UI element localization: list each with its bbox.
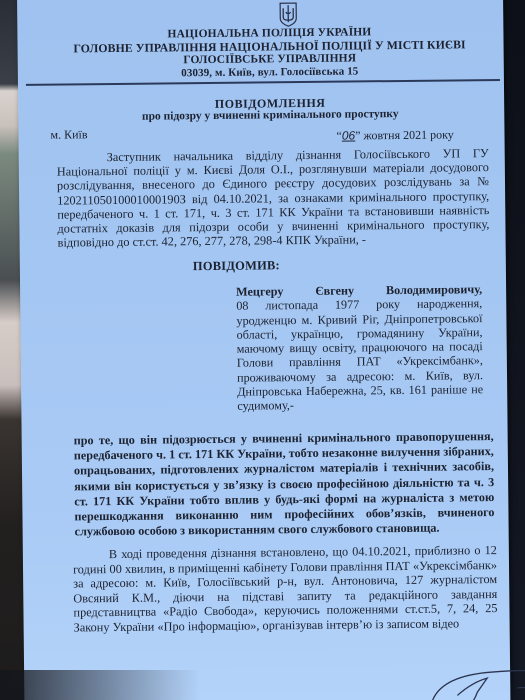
- paragraph-suspicion: про те, що він підозрюється у вчиненні к…: [74, 429, 495, 540]
- suspect-block: Мецгеру Євгену Володимировичу, 08 листоп…: [236, 282, 483, 413]
- paragraph-established-facts: В ході проведення дізнання встановлено, …: [73, 543, 498, 634]
- signature-icon: [422, 659, 525, 700]
- date-month-year: жовтня 2021 року: [360, 127, 453, 142]
- document-page: НАЦІОНАЛЬНА ПОЛІЦІЯ УКРАЇНИ ГОЛОВНЕ УПРА…: [17, 0, 510, 700]
- notified-heading: ПОВІДОМИВ:: [193, 258, 280, 274]
- place-of-issue: м. Київ: [50, 127, 87, 142]
- suspect-details: 08 листопада 1977 року народження, уродж…: [236, 296, 483, 413]
- paragraph-investigator-statement: Заступник начальника відділу дізнання Го…: [57, 146, 490, 250]
- finger-shadow: [0, 670, 200, 700]
- trident-emblem-icon: [278, 1, 298, 27]
- issue-date: “06” жовтня 2021 року: [336, 127, 453, 143]
- date-day: 06: [342, 128, 356, 142]
